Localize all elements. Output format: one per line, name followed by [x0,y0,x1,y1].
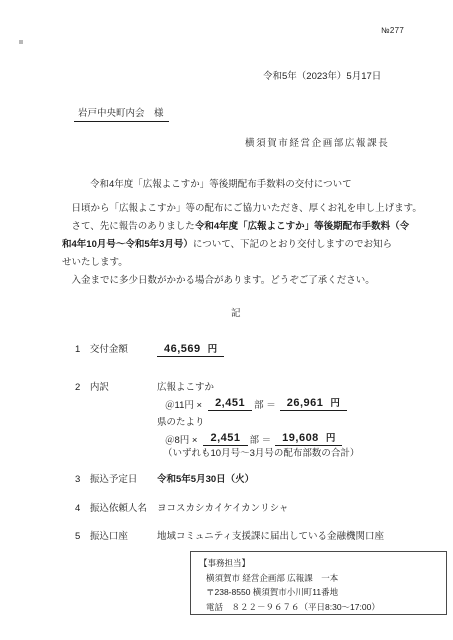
body-text-bold: 令和4年度「広報よこすか」等後期配布手数料（令 [195,221,409,232]
item-label: 1 交付金額 [75,341,157,357]
item-label: 4 振込依頼人名 [75,500,157,514]
addressee-name: 岩戸中央町内会 様 [74,105,169,122]
body-paragraphs: 日頃から「広報よこすか」等の配布にご協力いただき、厚くお礼を申し上げます。 さて… [62,200,397,290]
record-item-payer-name: 4 振込依頼人名 ヨコスカシカイケイカンリシャ [75,500,288,514]
body-line: 入金までに多少日数がかかる場合があります。どうぞご了承ください。 [62,272,397,290]
formula-rate: ＠11円 × [165,397,202,411]
record-item-bank-account: 5 振込口座 地域コミュニティ支援課に届出している金融機関口座 [75,528,384,542]
breakdown-formula-1: ＠11円 × 2,451 部 ＝ 26,961円 [165,395,347,411]
formula-equals: 部 ＝ [254,397,276,411]
body-line: 日頃から「広報よこすか」等の配布にご協力いただき、厚くお礼を申し上げます。 [62,200,397,218]
contact-phone: 電話 ８２２－９６７６（平日8:30～17:00） [199,600,446,615]
item-label: 5 振込口座 [75,528,157,542]
body-text-bold: 和4年10月号～令和5年3月号） [62,239,193,250]
bank-account-value: 地域コミュニティ支援課に届出している金融機関口座 [157,528,384,542]
formula-amount: 26,961円 [280,395,347,411]
grant-amount-value: 46,569円 [157,341,224,357]
sender-title: 横須賀市経営企画部広報課長 [245,135,389,149]
document-page: №277 令和5年（2023年）5月17日 岩戸中央町内会 様 横須賀市経営企画… [0,0,453,640]
formula-equals: 部 ＝ [250,432,272,446]
body-text: さて、先に報告のありました [62,221,195,232]
breakdown-name-1: 広報よこすか [157,379,214,393]
transfer-date-value: 令和5年5月30日（火） [157,471,254,485]
breakdown-formula-2: ＠8円 × 2,451 部 ＝ 19,608円 [165,430,342,446]
breakdown-note: （いずれも10月号～3月号の配布部数の合計） [163,445,359,463]
contact-department: 横須賀市 経営企画部 広報課 一本 [199,571,446,586]
doc-number: №277 [381,26,404,35]
record-mark: 記 [231,305,241,319]
body-line: せいたします。 [62,254,397,272]
formula-count: 2,451 [203,432,247,446]
record-item-transfer-date: 3 振込予定日 令和5年5月30日（火） [75,471,254,485]
body-line: 和4年10月号～令和5年3月号）について、下記のとおり交付しますのでお知ら [62,236,397,254]
contact-address: 〒238-8550 横須賀市小川町11番地 [199,585,446,600]
formula-rate: ＠8円 × [165,432,197,446]
formula-amount: 19,608円 [275,430,342,446]
formula-count: 2,451 [208,397,252,411]
record-item-breakdown: 2 内訳 広報よこすか [75,379,214,393]
contact-box: 【事務担当】 横須賀市 経営企画部 広報課 一本 〒238-8550 横須賀市小… [190,551,447,615]
body-line: さて、先に報告のありました令和4年度「広報よこすか」等後期配布手数料（令 [62,218,397,236]
item-label: 3 振込予定日 [75,471,157,485]
item-label: 2 内訳 [75,379,157,393]
doc-date: 令和5年（2023年）5月17日 [263,68,381,82]
record-item-grant-amount: 1 交付金額 46,569円 [75,341,224,357]
contact-heading: 【事務担当】 [199,556,446,571]
payer-name-value: ヨコスカシカイケイカンリシャ [157,500,288,514]
scan-speck [19,40,23,44]
body-text: について、下記のとおり交付しますのでお知ら [193,239,392,250]
doc-title: 令和4年度「広報よこすか」等後期配布手数料の交付について [90,176,352,190]
